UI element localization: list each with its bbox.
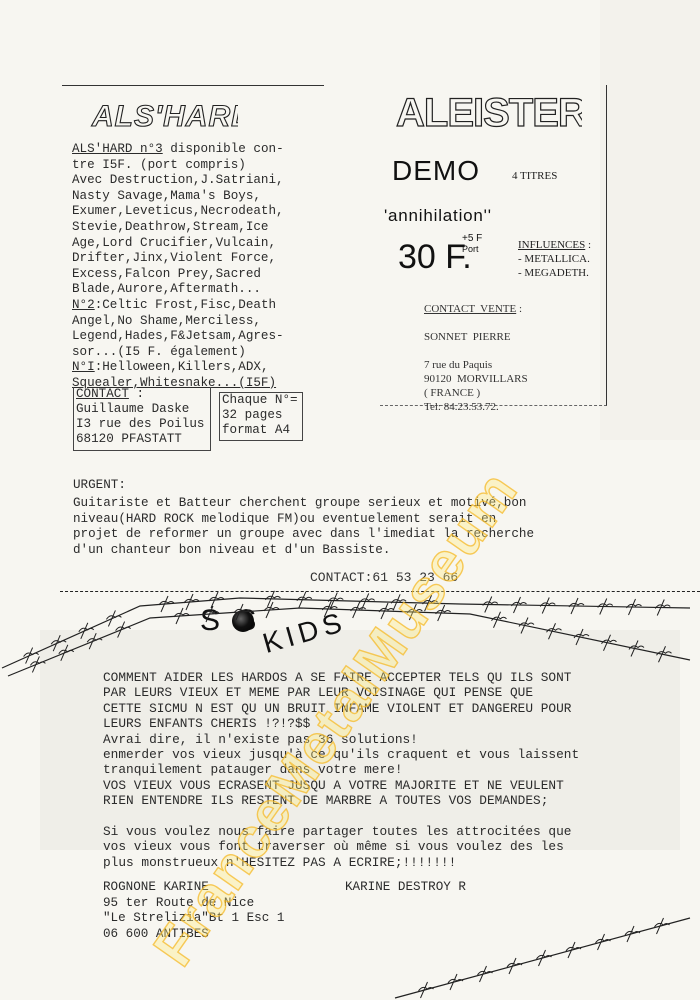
issue3-label: ALS'HARD n°3	[72, 142, 163, 156]
sales-contact: CONTACT VENTE : SONNET PIERRE 7 rue du P…	[424, 302, 528, 414]
contact-city: 68120 PFASTATT	[76, 432, 182, 446]
paper-shade	[600, 0, 700, 440]
sos-kids-body: COMMENT AIDER LES HARDOS A SE FAIRE ACCE…	[103, 670, 579, 870]
alshard-contact-box: CONTACT : Guillaume Daske I3 rue des Poi…	[73, 387, 211, 451]
signature-alias: KARINE DESTROY R	[345, 880, 466, 896]
svg-text:ALS'HARD: ALS'HARD	[91, 100, 238, 132]
urgent-heading: URGENT:	[73, 478, 126, 494]
signature-address: ROGNONE KARINE 95 ter Route de Nice "Le …	[103, 880, 284, 942]
urgent-body: Guitariste et Batteur cherchent groupe s…	[73, 496, 534, 558]
contact-label: CONTACT	[76, 387, 129, 401]
issue1-label: N°I	[72, 360, 95, 374]
alshard-logo: ALS'HARD	[88, 98, 238, 132]
influences-list: INFLUENCES : - METALLICA. - MEGADETH.	[518, 238, 591, 280]
alshard-text: ALS'HARD n°3 disponible con- tre I5F. (p…	[72, 142, 284, 392]
demo-price: 30 F.	[398, 238, 472, 277]
sos-dot-icon	[232, 610, 254, 632]
demo-name: 'annihilation''	[384, 206, 492, 226]
issue2-label: N°2	[72, 298, 95, 312]
urgent-contact: CONTACT:61 53 23 66	[310, 570, 458, 585]
section-divider	[60, 591, 700, 592]
svg-text:ALEISTER: ALEISTER	[396, 91, 582, 134]
contact-street: I3 rue des Poilus	[76, 417, 204, 431]
aleister-logo: ALEISTER	[392, 88, 582, 134]
demo-title: DEMO	[392, 155, 480, 187]
demo-track-count: 4 TITRES	[512, 170, 557, 182]
contact-name: Guillaume Daske	[76, 402, 189, 416]
demo-postage: +5 FPort	[462, 233, 482, 255]
chaque-info-box: Chaque N°= 32 pages format A4	[219, 392, 303, 441]
